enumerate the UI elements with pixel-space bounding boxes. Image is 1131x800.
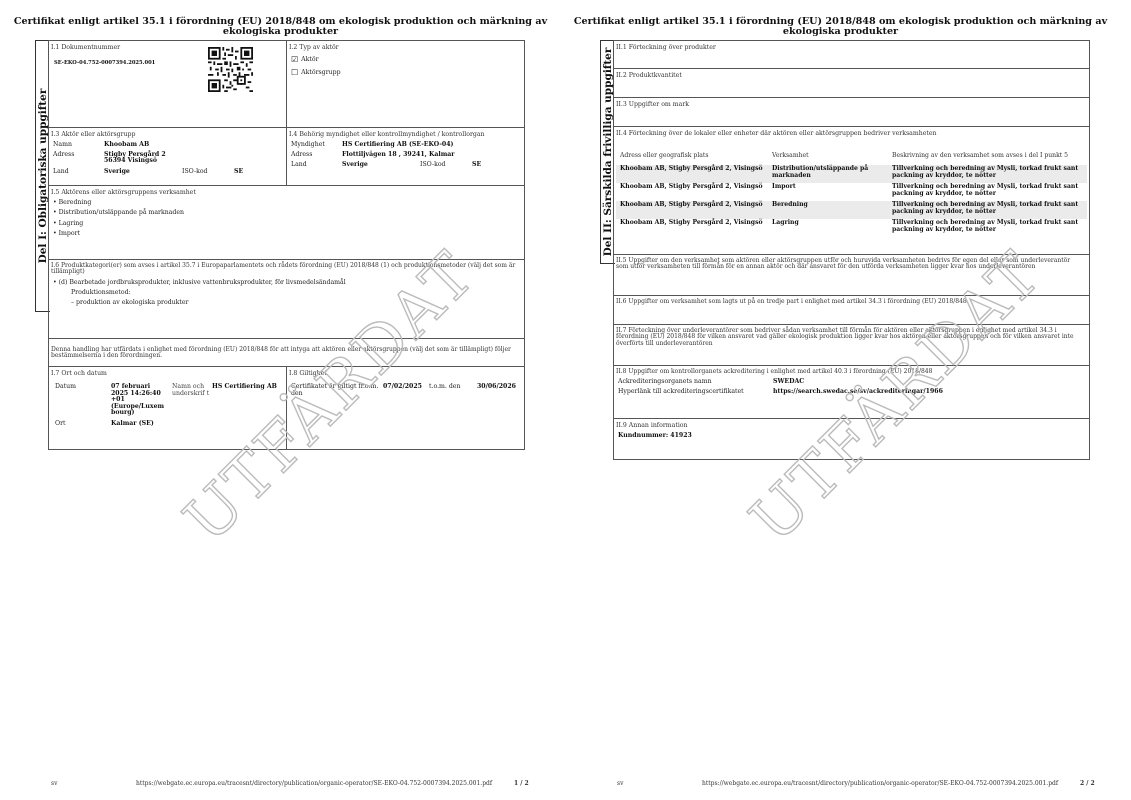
section-activity-details: II.5 Uppgifter om den verksamhet som akt… <box>614 255 1089 296</box>
cell-description: Tillverkning och beredning av Mysli, tor… <box>888 219 1087 237</box>
section-activities: I.5 Aktörens eller aktörsgruppens verksa… <box>49 186 524 260</box>
cell-description: Tillverkning och beredning av Mysli, tor… <box>888 201 1087 219</box>
name-label: Namn <box>53 142 72 149</box>
authority-address: Flottiljvägen 18 , 39241, Kalmar <box>342 152 455 159</box>
table-row: Khoobam AB, Stigby Persgård 2, Visingsö … <box>616 201 1087 219</box>
qr-code-icon <box>208 47 253 92</box>
section-operator-type: I.2 Typ av aktör ☑Aktör ☐Aktörsgrupp <box>287 41 524 128</box>
cell-address: Khoobam AB, Stigby Persgård 2, Visingsö <box>616 201 768 219</box>
section-premises: II.4 Förteckning över de lokaler eller e… <box>614 127 1089 255</box>
iso-label: ISO-kod <box>420 162 446 169</box>
issue-place: Kalmar (SE) <box>111 421 154 428</box>
issue-date: 07 februari 2025 14:26:40 +01 (Europe/Lu… <box>111 384 167 417</box>
column-header: Adress eller geografisk plats <box>616 153 768 165</box>
table-row: Khoobam AB, Stigby Persgård 2, Visingsö … <box>616 183 1087 201</box>
country-label: Land <box>53 169 69 176</box>
table-header: Adress eller geografisk plats Verksamhet… <box>616 153 1087 165</box>
section-caption: I.4 Behörig myndighet eller kontrollmynd… <box>289 131 524 138</box>
table-row: Khoobam AB, Stigby Persgård 2, Visingsö … <box>616 219 1087 237</box>
option-aktor: ☑Aktör <box>291 57 319 64</box>
section-land-info: II.3 Uppgifter om mark <box>614 98 1089 127</box>
column-header: Beskrivning av den verksamhet som avses … <box>888 153 1087 165</box>
section-caption: II.3 Uppgifter om mark <box>616 101 1089 108</box>
signer-name: HS Certifiering AB <box>212 384 277 391</box>
operator-name: Khoobam AB <box>104 142 149 149</box>
certificate-page-2: Certifikat enligt artikel 35.1 i förordn… <box>566 0 1131 800</box>
section-caption: II.4 Förteckning över de lokaler eller e… <box>616 130 1089 137</box>
checkbox-checked-icon: ☑ <box>291 57 298 63</box>
activity-item: • Distribution/utsläppande på marknaden <box>53 208 524 218</box>
production-method: – produktion av ekologiska produkter <box>71 298 524 308</box>
checkbox-unchecked-icon: ☐ <box>291 70 298 76</box>
accreditation-body: SWEDAC <box>773 379 804 386</box>
table-row: Khoobam AB, Stigby Persgård 2, Visingsö … <box>616 165 1087 183</box>
cell-description: Tillverkning och beredning av Mysli, tor… <box>888 183 1087 201</box>
footer-url-link[interactable]: https://webgate.ec.europa.eu/tracesnt/di… <box>702 780 1058 787</box>
footer-url-link[interactable]: https://webgate.ec.europa.eu/tracesnt/di… <box>136 780 492 787</box>
country-label: Land <box>291 162 307 169</box>
activity-item: • Import <box>53 229 524 239</box>
place-label: Ort <box>55 421 66 428</box>
section-caption: II.6 Uppgifter om verksamhet som lagts u… <box>616 299 1089 305</box>
footer-lang: sv <box>617 780 623 787</box>
activity-item: • Beredning <box>53 198 524 208</box>
operator-address-line2: 56394 Visingsö <box>104 158 157 165</box>
part-1-frame: I.1 Dokumentnummer SE-EKO-04.752-0007394… <box>48 40 525 450</box>
section-caption: II.5 Uppgifter om den verksamhet som akt… <box>616 258 1083 271</box>
section-caption: II.7 Förteckning över underleverantörer … <box>616 328 1083 347</box>
valid-from-date: 07/02/2025 <box>383 384 422 391</box>
authority-name: HS Certifiering AB (SE-EKO-04) <box>342 142 453 149</box>
authority-iso: SE <box>472 162 481 169</box>
section-third-party: II.6 Uppgifter om verksamhet som lagts u… <box>614 296 1089 325</box>
address-label: Adress <box>53 152 74 159</box>
production-method-label: Produktionsmetod: <box>71 288 524 298</box>
section-caption: II.9 Annan information <box>616 422 1089 429</box>
cell-activity: Distribution/utsläppande på marknaden <box>768 165 888 183</box>
section-statement: Denna handling har utfärdats i enlighet … <box>49 339 524 367</box>
section-product-categories: I.6 Produktkategori(er) som avses i arti… <box>49 260 524 339</box>
section-accreditation: II.8 Uppgifter om kontrollorganets ackre… <box>614 366 1089 419</box>
document-number: SE-EKO-04.752-0007394.2025.001 <box>54 60 155 67</box>
valid-to-label: t.o.m. den <box>429 384 460 391</box>
section-caption: II.1 Förteckning över produkter <box>616 44 1089 51</box>
section-caption: II.2 Produktkvantitet <box>616 72 1089 79</box>
section-caption: I.2 Typ av aktör <box>289 44 524 51</box>
section-other-info: II.9 Annan information Kundnummer: 41923 <box>614 419 1089 459</box>
date-label: Datum <box>55 384 76 391</box>
column-header: Verksamhet <box>768 153 888 165</box>
section-product-list: II.1 Förteckning över produkter <box>614 41 1089 69</box>
section-validity: I.8 Giltighet Certifikatet är giltigt fr… <box>287 367 524 449</box>
section-place-date: I.7 Ort och datum Datum 07 februari 2025… <box>49 367 287 449</box>
section-caption: I.6 Produktkategori(er) som avses i arti… <box>51 263 520 276</box>
option-aktorsgrupp: ☐Aktörsgrupp <box>291 70 341 77</box>
certificate-page-1: Certifikat enligt artikel 35.1 i förordn… <box>0 0 565 800</box>
statement-text: Denna handling har utfärdats i enlighet … <box>51 347 520 360</box>
section-caption: I.8 Giltighet <box>289 370 524 377</box>
document-title: Certifikat enligt artikel 35.1 i förordn… <box>0 17 563 37</box>
section-caption: II.8 Uppgifter om kontrollorganets ackre… <box>616 369 1089 375</box>
document-title: Certifikat enligt artikel 35.1 i förordn… <box>558 17 1123 37</box>
valid-to-date: 30/06/2026 <box>477 384 516 391</box>
address-label: Adress <box>291 152 312 159</box>
section-caption: I.7 Ort och datum <box>51 370 286 377</box>
section-operator: I.3 Aktör eller aktörsgrupp Namn Khoobam… <box>49 128 287 186</box>
customer-number: Kundnummer: 41923 <box>618 433 692 440</box>
cell-activity: Lagring <box>768 219 888 237</box>
cell-address: Khoobam AB, Stigby Persgård 2, Visingsö <box>616 165 768 183</box>
cell-address: Khoobam AB, Stigby Persgård 2, Visingsö <box>616 219 768 237</box>
part-2-frame: II.1 Förteckning över produkter II.2 Pro… <box>613 40 1090 460</box>
operator-country: Sverige <box>104 169 130 176</box>
section-caption: I.5 Aktörens eller aktörsgruppens verksa… <box>51 189 524 196</box>
accreditation-link-label: Hyperlänk till ackrediteringscertifikate… <box>618 389 744 396</box>
product-category: • (d) Bearbetade jordbruksprodukter, ink… <box>53 278 524 288</box>
accreditation-link[interactable]: https://search.swedac.se/sv/ackrediterin… <box>773 389 943 396</box>
cell-activity: Beredning <box>768 201 888 219</box>
valid-from-label: Certifikatet är giltigt fr.o.m. den <box>291 384 379 397</box>
section-document-number: I.1 Dokumentnummer SE-EKO-04.752-0007394… <box>49 41 287 128</box>
signer-label: Namn och underskrif t <box>172 384 210 397</box>
premises-table: Adress eller geografisk plats Verksamhet… <box>616 153 1087 237</box>
cell-activity: Import <box>768 183 888 201</box>
footer-lang: sv <box>51 780 57 787</box>
iso-label: ISO-kod <box>182 169 208 176</box>
operator-iso: SE <box>234 169 243 176</box>
accreditation-body-label: Ackrediteringsorganets namn <box>618 379 712 386</box>
page-number: 1 / 2 <box>514 780 529 787</box>
activity-item: • Lagring <box>53 219 524 229</box>
page-number: 2 / 2 <box>1080 780 1095 787</box>
cell-description: Tillverkning och beredning av Mysli, tor… <box>888 165 1087 183</box>
section-subcontractors: II.7 Förteckning över underleverantörer … <box>614 325 1089 366</box>
section-caption: I.3 Aktör eller aktörsgrupp <box>51 131 286 138</box>
section-authority: I.4 Behörig myndighet eller kontrollmynd… <box>287 128 524 186</box>
cell-address: Khoobam AB, Stigby Persgård 2, Visingsö <box>616 183 768 201</box>
authority-label: Myndighet <box>291 142 325 149</box>
authority-country: Sverige <box>342 162 368 169</box>
section-product-quantity: II.2 Produktkvantitet <box>614 69 1089 98</box>
